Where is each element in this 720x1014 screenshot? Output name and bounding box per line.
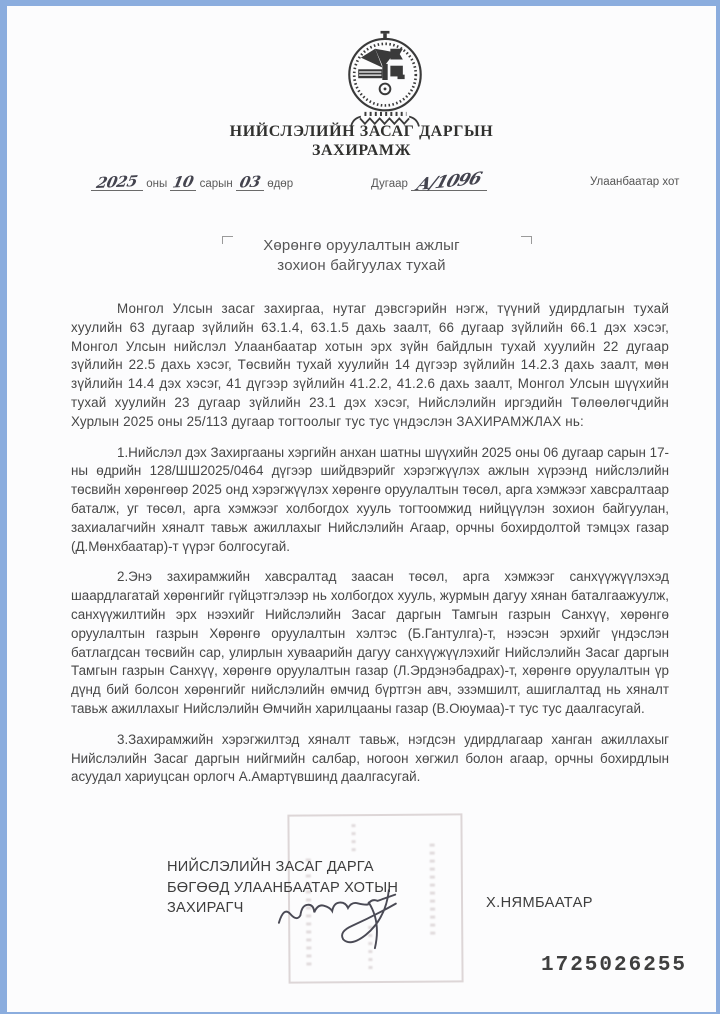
ulaanbaatar-city-emblem-icon <box>329 30 441 130</box>
decree-clause-1: 1.Нийслэл дэх Захиргааны хэргийн анхан ш… <box>71 444 669 557</box>
year-label: оны <box>146 178 167 190</box>
decree-word: ЗАХИРАМЖ <box>7 141 716 160</box>
decree-clause-3: 3.Захирамжийн хэрэгжилтэд хяналт тавьж, … <box>71 731 669 787</box>
signer-title-line1: НИЙСЛЭЛИЙН ЗАСАГ ДАРГА <box>167 857 398 878</box>
seal-script-column <box>430 844 436 940</box>
month-label: сарын <box>200 178 233 190</box>
number-handwritten: А/1096 <box>416 173 483 191</box>
city-label: Улаанбаатар хот <box>590 176 679 188</box>
number-blank: А/1096 <box>411 176 487 191</box>
day-handwritten: 03 <box>239 175 261 188</box>
month-handwritten: 10 <box>172 175 194 188</box>
subject-line2: зохион байгуулах тухай <box>7 256 716 276</box>
number-label: Дугаар <box>371 178 408 190</box>
year-blank: 2025 <box>91 176 143 191</box>
seal-script-column <box>351 824 355 854</box>
year-handwritten: 2025 <box>96 175 139 189</box>
subject-line1: Хөрөнгө оруулалтын ажлыг <box>7 236 716 256</box>
registration-number-stamp: 1725026255 <box>541 954 687 977</box>
signer-name: Х.НЯМБААТАР <box>486 895 593 911</box>
decree-body: Монгол Улсын засаг захиргаа, нутаг дэвсг… <box>71 300 669 799</box>
day-label: өдөр <box>267 178 293 190</box>
day-blank: 03 <box>236 176 264 191</box>
org-title: НИЙСЛЭЛИЙН ЗАСАГ ДАРГЫН ЗАХИРАМЖ <box>7 122 716 160</box>
decree-preamble: Монгол Улсын засаг захиргаа, нутаг дэвсг… <box>71 300 669 432</box>
month-blank: 10 <box>170 176 196 191</box>
date-number-line: 2025 оны 10 сарын 03 өдөр Дугаар А/1096 … <box>7 169 716 199</box>
date-fields: 2025 оны 10 сарын 03 өдөр <box>91 176 293 191</box>
org-title-line1: НИЙСЛЭЛИЙН ЗАСАГ ДАРГЫН <box>7 122 716 141</box>
subject-heading: Хөрөнгө оруулалтын ажлыг зохион байгуула… <box>7 236 716 276</box>
handwritten-signature-icon <box>271 881 426 963</box>
scanned-decree-page: НИЙСЛЭЛИЙН ЗАСАГ ДАРГЫН ЗАХИРАМЖ 2025 он… <box>0 0 720 1014</box>
decree-clause-2: 2.Энэ захирамжийн хавсралтад заасан төсө… <box>71 568 669 718</box>
document-number-field: Дугаар А/1096 <box>371 176 487 191</box>
